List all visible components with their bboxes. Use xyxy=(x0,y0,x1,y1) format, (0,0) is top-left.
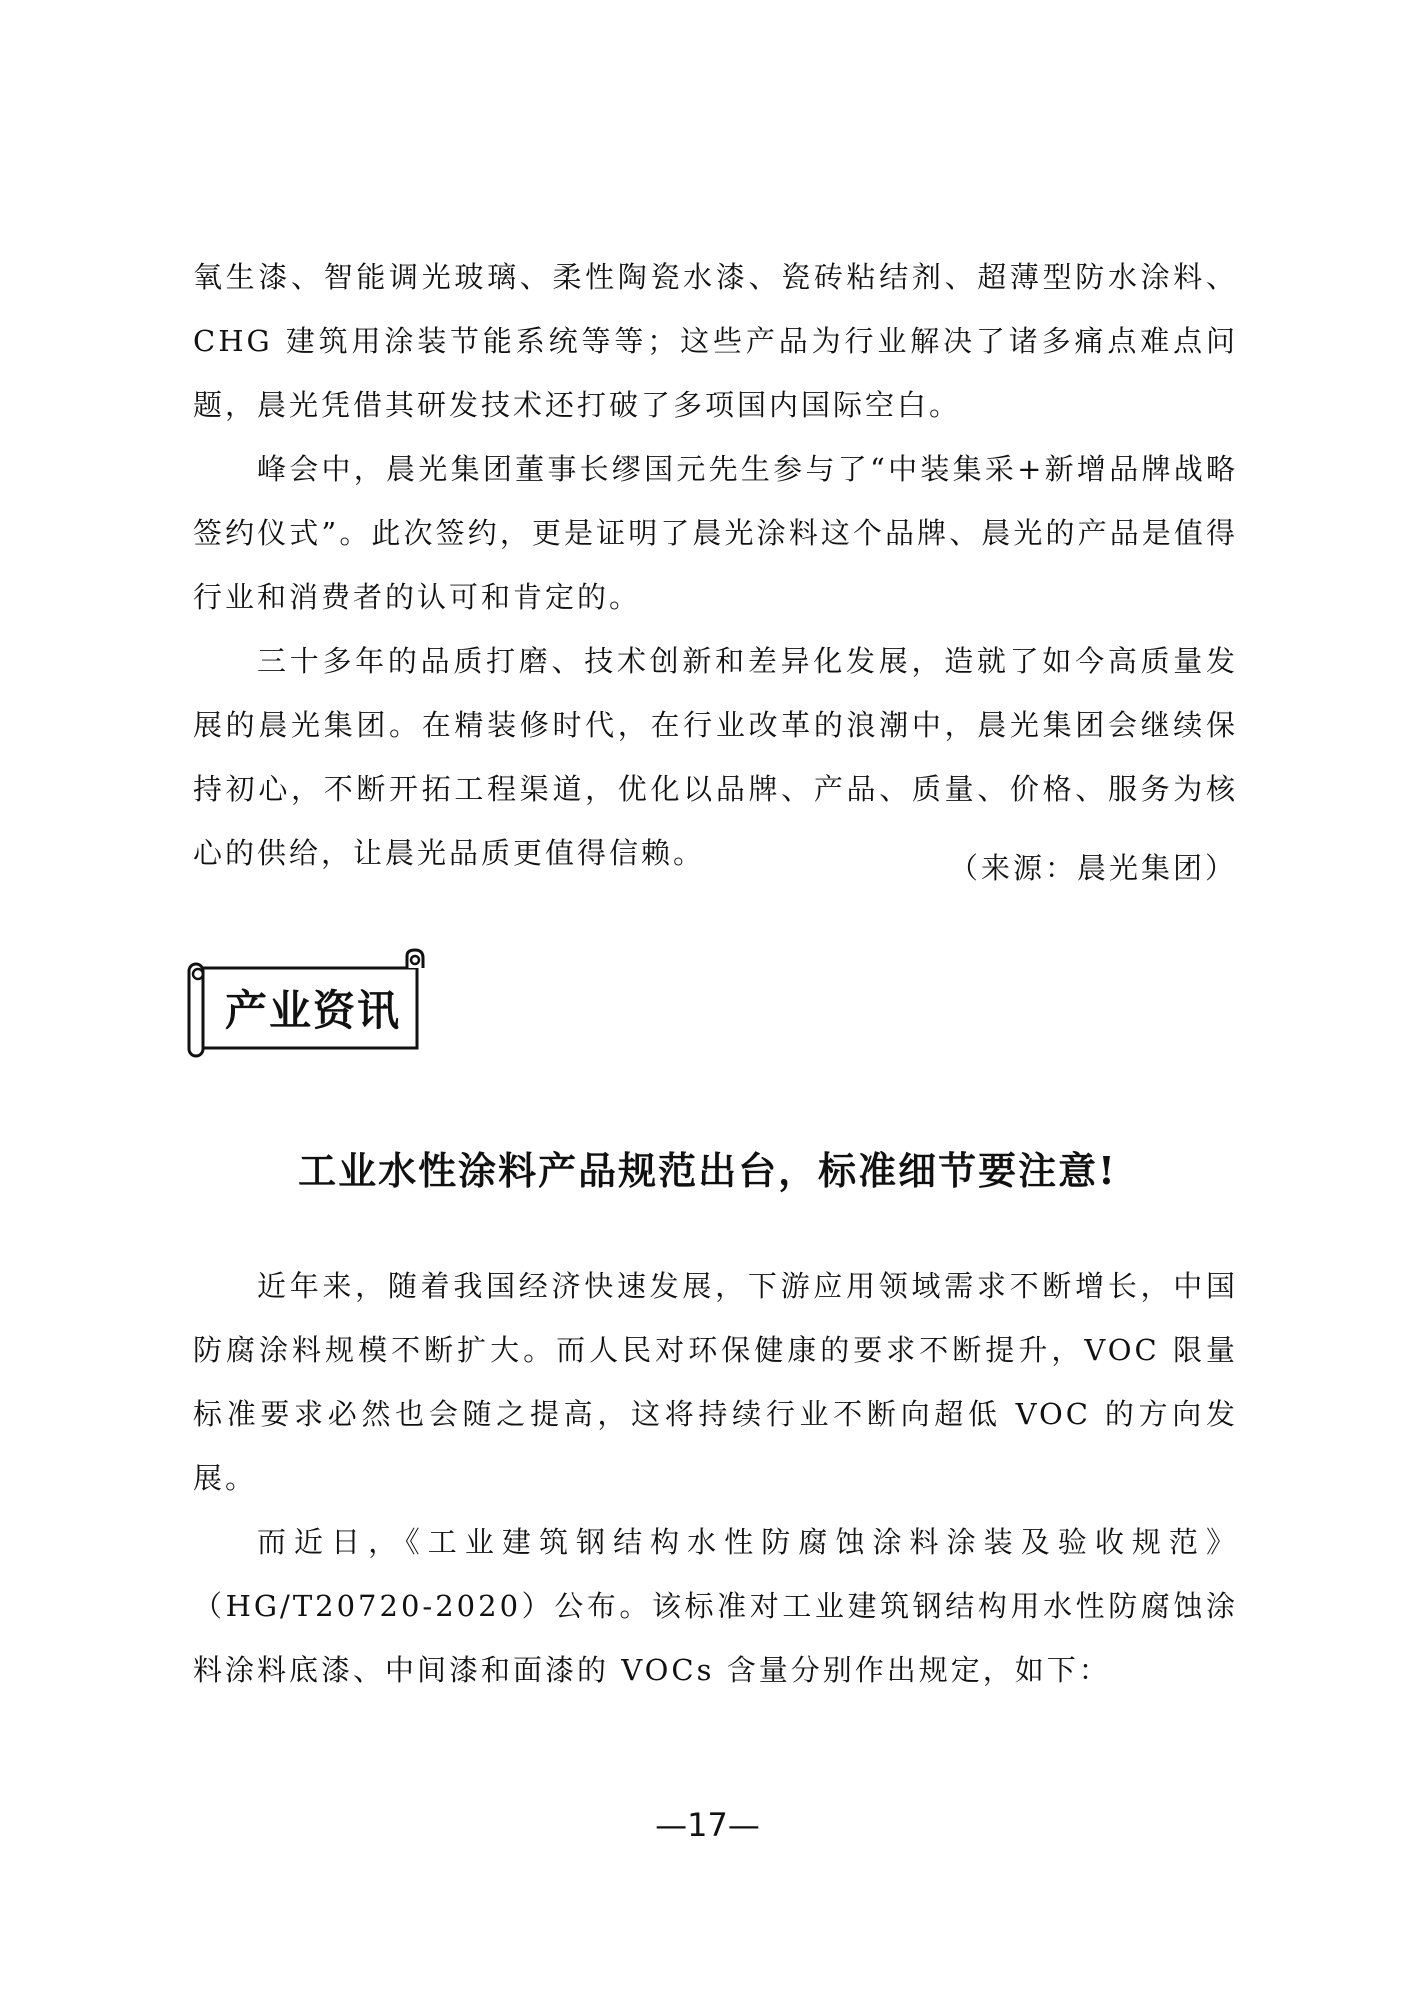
article-source: （来源：晨光集团） xyxy=(949,836,1237,900)
paragraph: 氧生漆、智能调光玻璃、柔性陶瓷水漆、瓷砖粘结剂、超薄型防水涂料、CHG 建筑用涂… xyxy=(193,245,1238,437)
section-title: 产业资讯 xyxy=(225,978,401,1038)
section-banner: 产业资讯 xyxy=(185,948,425,1060)
paragraph: 而近日，《工业建筑钢结构水性防腐蚀涂料涂装及验收规范》（HG/T20720-20… xyxy=(193,1510,1238,1702)
article2-body: 近年来，随着我国经济快速发展，下游应用领域需求不断增长，中国防腐涂料规模不断扩大… xyxy=(193,1254,1238,1702)
paragraph: 近年来，随着我国经济快速发展，下游应用领域需求不断增长，中国防腐涂料规模不断扩大… xyxy=(193,1254,1238,1510)
paragraph: 峰会中，晨光集团董事长缪国元先生参与了“中装集采+新增品牌战略签约仪式”。此次签… xyxy=(193,437,1238,629)
article-headline: 工业水性涂料产品规范出台，标准细节要注意! xyxy=(0,1140,1415,1195)
document-page: 氧生漆、智能调光玻璃、柔性陶瓷水漆、瓷砖粘结剂、超薄型防水涂料、CHG 建筑用涂… xyxy=(0,0,1415,2000)
page-number: —17— xyxy=(0,1806,1415,1844)
article1-body: 氧生漆、智能调光玻璃、柔性陶瓷水漆、瓷砖粘结剂、超薄型防水涂料、CHG 建筑用涂… xyxy=(193,245,1238,885)
